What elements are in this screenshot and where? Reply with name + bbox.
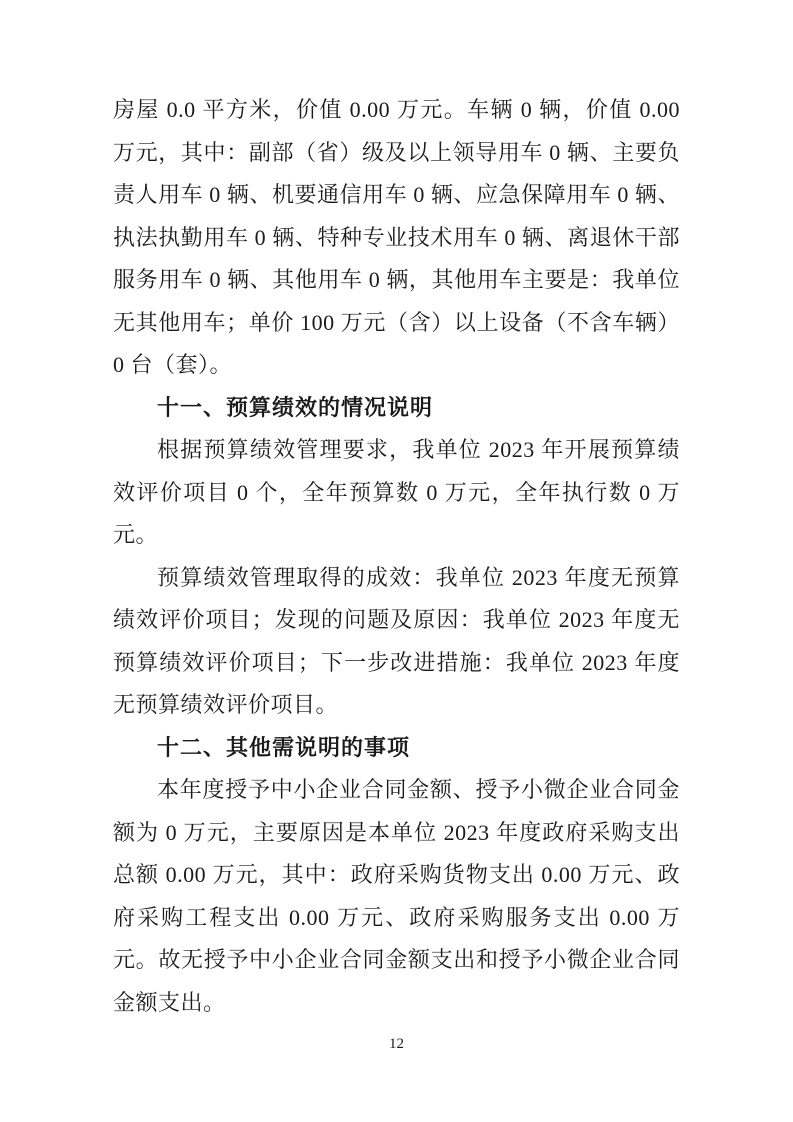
- document-page: 房屋 0.0 平方米，价值 0.00 万元。车辆 0 辆，价值 0.00 万元，…: [0, 0, 793, 1122]
- page-number: 12: [389, 1036, 404, 1052]
- paragraph-performance-results: 预算绩效管理取得的成效：我单位 2023 年度无预算绩效评价项目；发现的问题及原…: [113, 557, 680, 727]
- document-body: 房屋 0.0 平方米，价值 0.00 万元。车辆 0 辆，价值 0.00 万元，…: [113, 89, 680, 1024]
- section-heading-11: 十一、预算绩效的情况说明: [113, 387, 680, 430]
- paragraph-performance-overview: 根据预算绩效管理要求，我单位 2023 年开展预算绩效评价项目 0 个，全年预算…: [113, 429, 680, 557]
- section-heading-12: 十二、其他需说明的事项: [113, 727, 680, 770]
- paragraph-assets-carryover: 房屋 0.0 平方米，价值 0.00 万元。车辆 0 辆，价值 0.00 万元，…: [113, 89, 680, 387]
- paragraph-other-matters: 本年度授予中小企业合同金额、授予小微企业合同金额为 0 万元，主要原因是本单位 …: [113, 769, 680, 1024]
- page-footer: 12: [0, 1034, 793, 1054]
